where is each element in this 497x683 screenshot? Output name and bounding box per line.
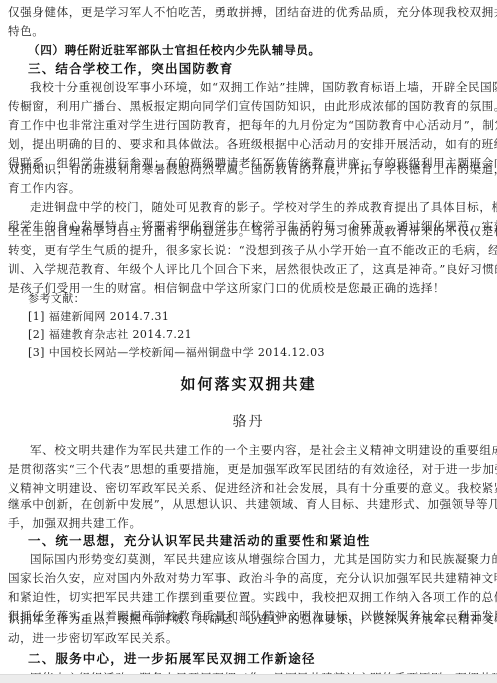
reference-item: [3]中国校长网站—学校新闻—福州铜盘中学 2014.12.03	[28, 346, 325, 360]
reference-text: 中国校长网站—学校新闻—福州铜盘中学 2014.12.03	[49, 346, 325, 359]
body-text-line: 育工作中也非常注重对学生进行国防教育，把每年的九月份定为“国防教育中心活动月”，…	[8, 118, 489, 132]
body-text-line: 双拥知识；有的班级利用寒暑假慰问烈军属。国防教育的开展，开拓了学校德育工作的渠道…	[8, 162, 489, 176]
reference-text: 福建教育杂志社 2014.7.21	[49, 328, 192, 341]
body-text-line: 国际国内形势变幻莫测，军民共建应该从增强综合国力，尤其是国防实力和民族凝聚力的高…	[30, 552, 489, 566]
body-text-line: 国家长治久安，应对国内外敌对势力军事、政治斗争的高度，充分认识加强军民共建精神文…	[8, 571, 489, 585]
body-text-line: 特色。	[8, 24, 489, 38]
reference-number: [1]	[28, 310, 45, 323]
section-heading-two: 二、服务中心，进一步拓展军民双拥工作新途径	[28, 651, 316, 667]
body-text-line: 和紧迫性，切实把军民共建工作摆到重要位置。实践中，我校把双拥工作纳入各项工作的总…	[8, 590, 489, 604]
body-text-line: 军、校文明共建作为军民共建工作的一个主要内容，是社会主义精神文明建设的重要组成部…	[30, 443, 489, 457]
article-author: 骆丹	[0, 411, 497, 431]
body-text-line: 是贯彻落实“三个代表”思想的重要措施，更是加强军政军民团结的有效途径，对于进一步…	[8, 462, 489, 476]
body-text-line: 走进铜盘中学的校门，随处可见教育的影子。学校对学生的养成教育提出了具体目标，根据…	[30, 200, 489, 214]
body-text-line: 手，加强双拥共建工作。	[8, 516, 489, 530]
references-label: 参考文献：	[28, 292, 85, 306]
sub-heading-four: （四）聘任附近驻军部队士官担任校内少先队辅导员。	[28, 43, 321, 57]
reference-item: [1]福建新闻网 2014.7.31	[28, 310, 169, 324]
body-text-line: 转变，更有学生气质的提升，很多家长说：“没想到孩子从小学开始一直不能改正的毛病，…	[8, 243, 489, 257]
body-text-line: 义精神文明建设、密切军政军民关系、促进经济和社会发展，具有十分重要的意义。我校紧…	[8, 481, 489, 495]
document-page: 仅强身健体，更是学习军人不怕吃苦，勇敢拼搏，团结奋进的优秀品质，充分体现我校双拥…	[0, 0, 497, 683]
body-text-line: 识拥军工作为重点，按照“同呼吸、共命运、心连心”的总体要求，广泛深入开展军民精神…	[8, 612, 489, 626]
reference-number: [3]	[28, 346, 45, 359]
body-text-line: 训、入学规范教育、年级个人评比几个回合下来，居然很快改正了，这真是神奇。”良好习…	[8, 262, 489, 276]
body-text-line: 划，提出明确的目的、要求和具体做法。各班级根据中心活动月的安排开展活动，如有的班…	[8, 137, 489, 151]
page-bottom-edge	[0, 674, 497, 683]
body-text-line: 生在生活自理和学习自主方面有了明显进步。笃行于微的行为习惯养成教育带来的不仅仅是…	[8, 224, 489, 238]
body-text-line: 动，进一步密切军政军民关系。	[8, 631, 489, 645]
body-text-line: 仅强身健体，更是学习军人不怕吃苦，勇敢拼搏，团结奋进的优秀品质，充分体现我校双拥…	[8, 5, 489, 19]
reference-text: 福建新闻网 2014.7.31	[49, 310, 169, 323]
article-title: 如何落实双拥共建	[0, 373, 497, 394]
body-text-line: 继承中创新，在创新中发展”，从思想认识、共建领域、育人目标、共建形式、加强领导等…	[8, 497, 489, 511]
section-heading-three: 三、结合学校工作，突出国防教育	[28, 61, 234, 77]
body-text-line: 传橱窗，利用广播台、黑板报定期向同学们宣传国防知识，由此形成浓郁的国防教育的氛围…	[8, 99, 489, 113]
body-text-line: 育工作内容。	[8, 181, 489, 195]
reference-item: [2]福建教育杂志社 2014.7.21	[28, 328, 192, 342]
reference-number: [2]	[28, 328, 45, 341]
section-heading-one: 一、统一思想，充分认识军民共建活动的重要性和紧迫性	[28, 533, 371, 549]
body-text-line: 我校十分重视创设军事小环境，如“双拥工作站”挂牌，国防教育标语上墙，开辟全民国防…	[30, 80, 489, 94]
